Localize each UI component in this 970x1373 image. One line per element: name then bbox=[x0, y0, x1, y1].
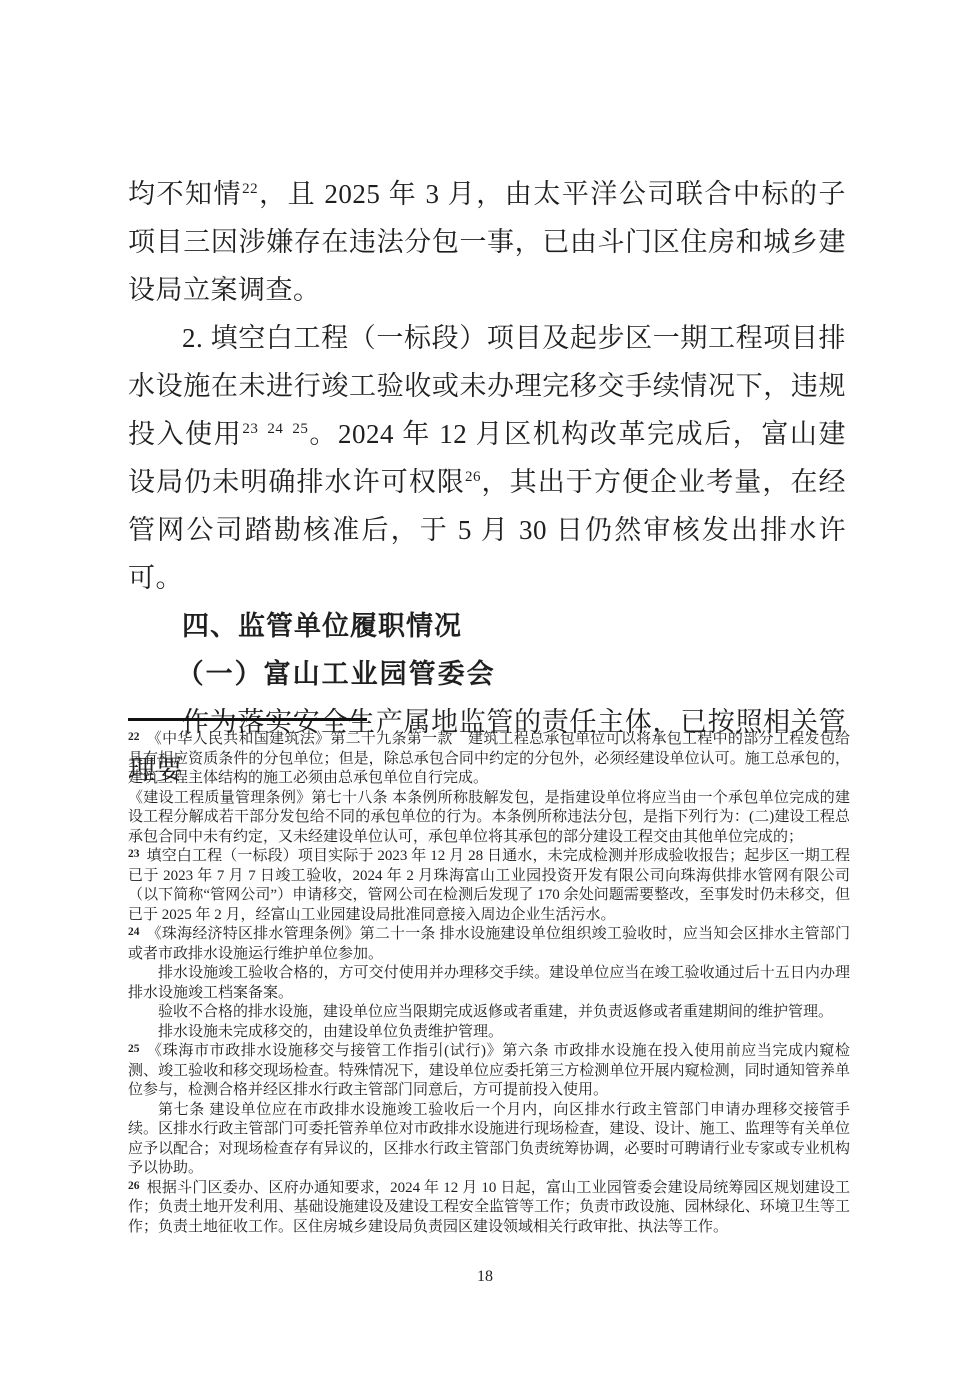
footnote-marker: 25 bbox=[128, 1043, 140, 1055]
footnote-marker: 22 bbox=[128, 731, 140, 743]
footnote-22: 22《中华人民共和国建筑法》第二十九条第一款 建筑工程总承包单位可以将承包工程中… bbox=[128, 730, 850, 847]
footnote-paragraph: 23填空白工程（一标段）项目实际于 2023 年 12 月 28 日通水，未完成… bbox=[128, 847, 850, 925]
paragraph-continuation: 均不知情22，且 2025 年 3 月，由太平洋公司联合中标的子项目三因涉嫌存在… bbox=[128, 170, 846, 314]
footnote-paragraph: 验收不合格的排水设施，建设单位应当限期完成返修或者重建，并负责返修或者重建期间的… bbox=[128, 1003, 850, 1023]
footnote-23: 23填空白工程（一标段）项目实际于 2023 年 12 月 28 日通水，未完成… bbox=[128, 847, 850, 925]
footnote-marker: 26 bbox=[128, 1180, 140, 1192]
footnote-ref-23: 23 bbox=[242, 421, 258, 437]
footnote-ref-22: 22 bbox=[242, 181, 258, 197]
footnote-text: 填空白工程（一标段）项目实际于 2023 年 12 月 28 日通水，未完成检测… bbox=[128, 848, 850, 923]
footnote-ref-24: 24 bbox=[267, 421, 283, 437]
subsection-heading: （一）富山工业园管委会 bbox=[128, 650, 846, 698]
body-text: 均不知情22，且 2025 年 3 月，由太平洋公司联合中标的子项目三因涉嫌存在… bbox=[128, 170, 846, 794]
footnote-paragraph: 26根据斗门区委办、区府办通知要求，2024 年 12 月 10 日起，富山工业… bbox=[128, 1179, 850, 1238]
footnote-26: 26根据斗门区委办、区府办通知要求，2024 年 12 月 10 日起，富山工业… bbox=[128, 1179, 850, 1238]
footnote-paragraph: 22《中华人民共和国建筑法》第二十九条第一款 建筑工程总承包单位可以将承包工程中… bbox=[128, 730, 850, 789]
page-number: 18 bbox=[0, 1268, 970, 1286]
footnote-section: 22《中华人民共和国建筑法》第二十九条第一款 建筑工程总承包单位可以将承包工程中… bbox=[128, 718, 850, 1237]
paragraph-text: 均不知情 bbox=[128, 179, 242, 209]
footnote-marker: 24 bbox=[128, 926, 140, 938]
footnote-text: 《珠海市市政排水设施移交与接管工作指引(试行)》第六条 市政排水设施在投入使用前… bbox=[128, 1043, 850, 1098]
footnote-text: 根据斗门区委办、区府办通知要求，2024 年 12 月 10 日起，富山工业园管… bbox=[128, 1180, 850, 1235]
footnote-text: 《中华人民共和国建筑法》第二十九条第一款 建筑工程总承包单位可以将承包工程中的部… bbox=[128, 731, 850, 786]
footnote-separator bbox=[128, 718, 367, 721]
footnote-25: 25《珠海市市政排水设施移交与接管工作指引(试行)》第六条 市政排水设施在投入使… bbox=[128, 1042, 850, 1179]
footnote-paragraph: 排水设施未完成移交的，由建设单位负责维护管理。 bbox=[128, 1023, 850, 1043]
document-page: 均不知情22，且 2025 年 3 月，由太平洋公司联合中标的子项目三因涉嫌存在… bbox=[0, 0, 970, 1373]
footnote-paragraph: 25《珠海市市政排水设施移交与接管工作指引(试行)》第六条 市政排水设施在投入使… bbox=[128, 1042, 850, 1101]
footnote-paragraph: 24《珠海经济特区排水管理条例》第二十一条 排水设施建设单位组织竣工验收时，应当… bbox=[128, 925, 850, 964]
footnote-paragraph: 《建设工程质量管理条例》第七十八条 本条例所称肢解发包，是指建设单位将应当由一个… bbox=[128, 789, 850, 848]
footnote-marker: 23 bbox=[128, 848, 140, 860]
footnote-paragraph: 排水设施竣工验收合格的，方可交付使用并办理移交手续。建设单位应当在竣工验收通过后… bbox=[128, 964, 850, 1003]
footnote-ref-26: 26 bbox=[465, 469, 481, 485]
footnote-text: 《珠海经济特区排水管理条例》第二十一条 排水设施建设单位组织竣工验收时，应当知会… bbox=[128, 926, 850, 962]
footnote-ref-25: 25 bbox=[292, 421, 308, 437]
section-heading: 四、监管单位履职情况 bbox=[128, 602, 846, 650]
footnote-paragraph: 第七条 建设单位应在市政排水设施竣工验收后一个月内，向区排水行政主管部门申请办理… bbox=[128, 1101, 850, 1179]
footnote-24: 24《珠海经济特区排水管理条例》第二十一条 排水设施建设单位组织竣工验收时，应当… bbox=[128, 925, 850, 1042]
paragraph-item-2: 2. 填空白工程（一标段）项目及起步区一期工程项目排水设施在未进行竣工验收或未办… bbox=[128, 314, 846, 602]
